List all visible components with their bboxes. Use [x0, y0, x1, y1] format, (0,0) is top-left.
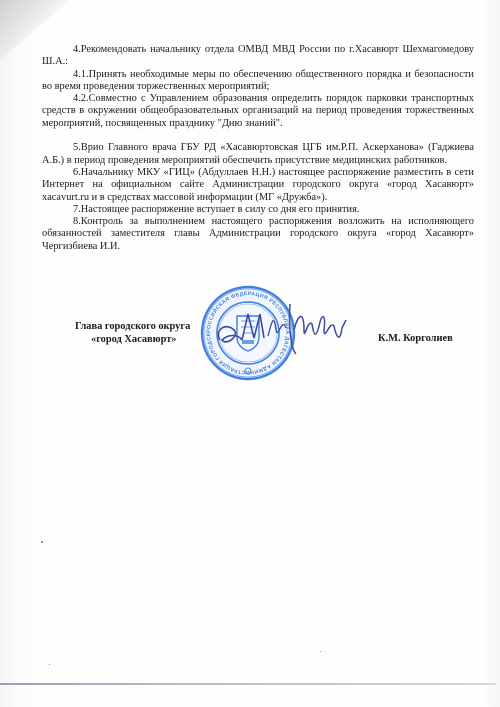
paragraph-4-1: 4.1.Принять необходимые меры по обеспече… [42, 69, 474, 94]
document-page: 4.Рекомендовать начальнику отдела ОМВД М… [0, 0, 500, 707]
scan-speck [320, 651, 321, 652]
paragraph-8: 8.Контроль за выполнением настоящего рас… [42, 216, 474, 253]
paragraph-6: 6.Начальнику МКУ «ГИЦ» (Абдуллаев Н.Н.) … [42, 167, 474, 204]
document-body: 4.Рекомендовать начальнику отдела ОМВД М… [42, 44, 474, 253]
handwritten-signature [212, 300, 362, 360]
signatory-title: Глава городского округа «город Хасавюрт» [75, 321, 190, 346]
paragraph-4-2: 4.2.Совместно с Управлением образования … [42, 93, 474, 130]
paragraph-7: 7.Настоящее распоряжение вступает в силу… [42, 204, 474, 216]
paragraph-4: 4.Рекомендовать начальнику отдела ОМВД М… [42, 44, 474, 69]
scan-speck [49, 664, 50, 665]
scan-speck [41, 541, 43, 543]
signatory-name: К.М. Корголиев [378, 333, 453, 344]
paragraph-5: 5.Врио Главного врача ГБУ РД «Хасавюртов… [42, 142, 474, 167]
signatory-title-line1: Глава городского округа [75, 321, 190, 334]
page-bottom-edge [0, 683, 496, 685]
spacer [42, 130, 474, 142]
signatory-title-line2: «город Хасавюрт» [75, 334, 190, 347]
